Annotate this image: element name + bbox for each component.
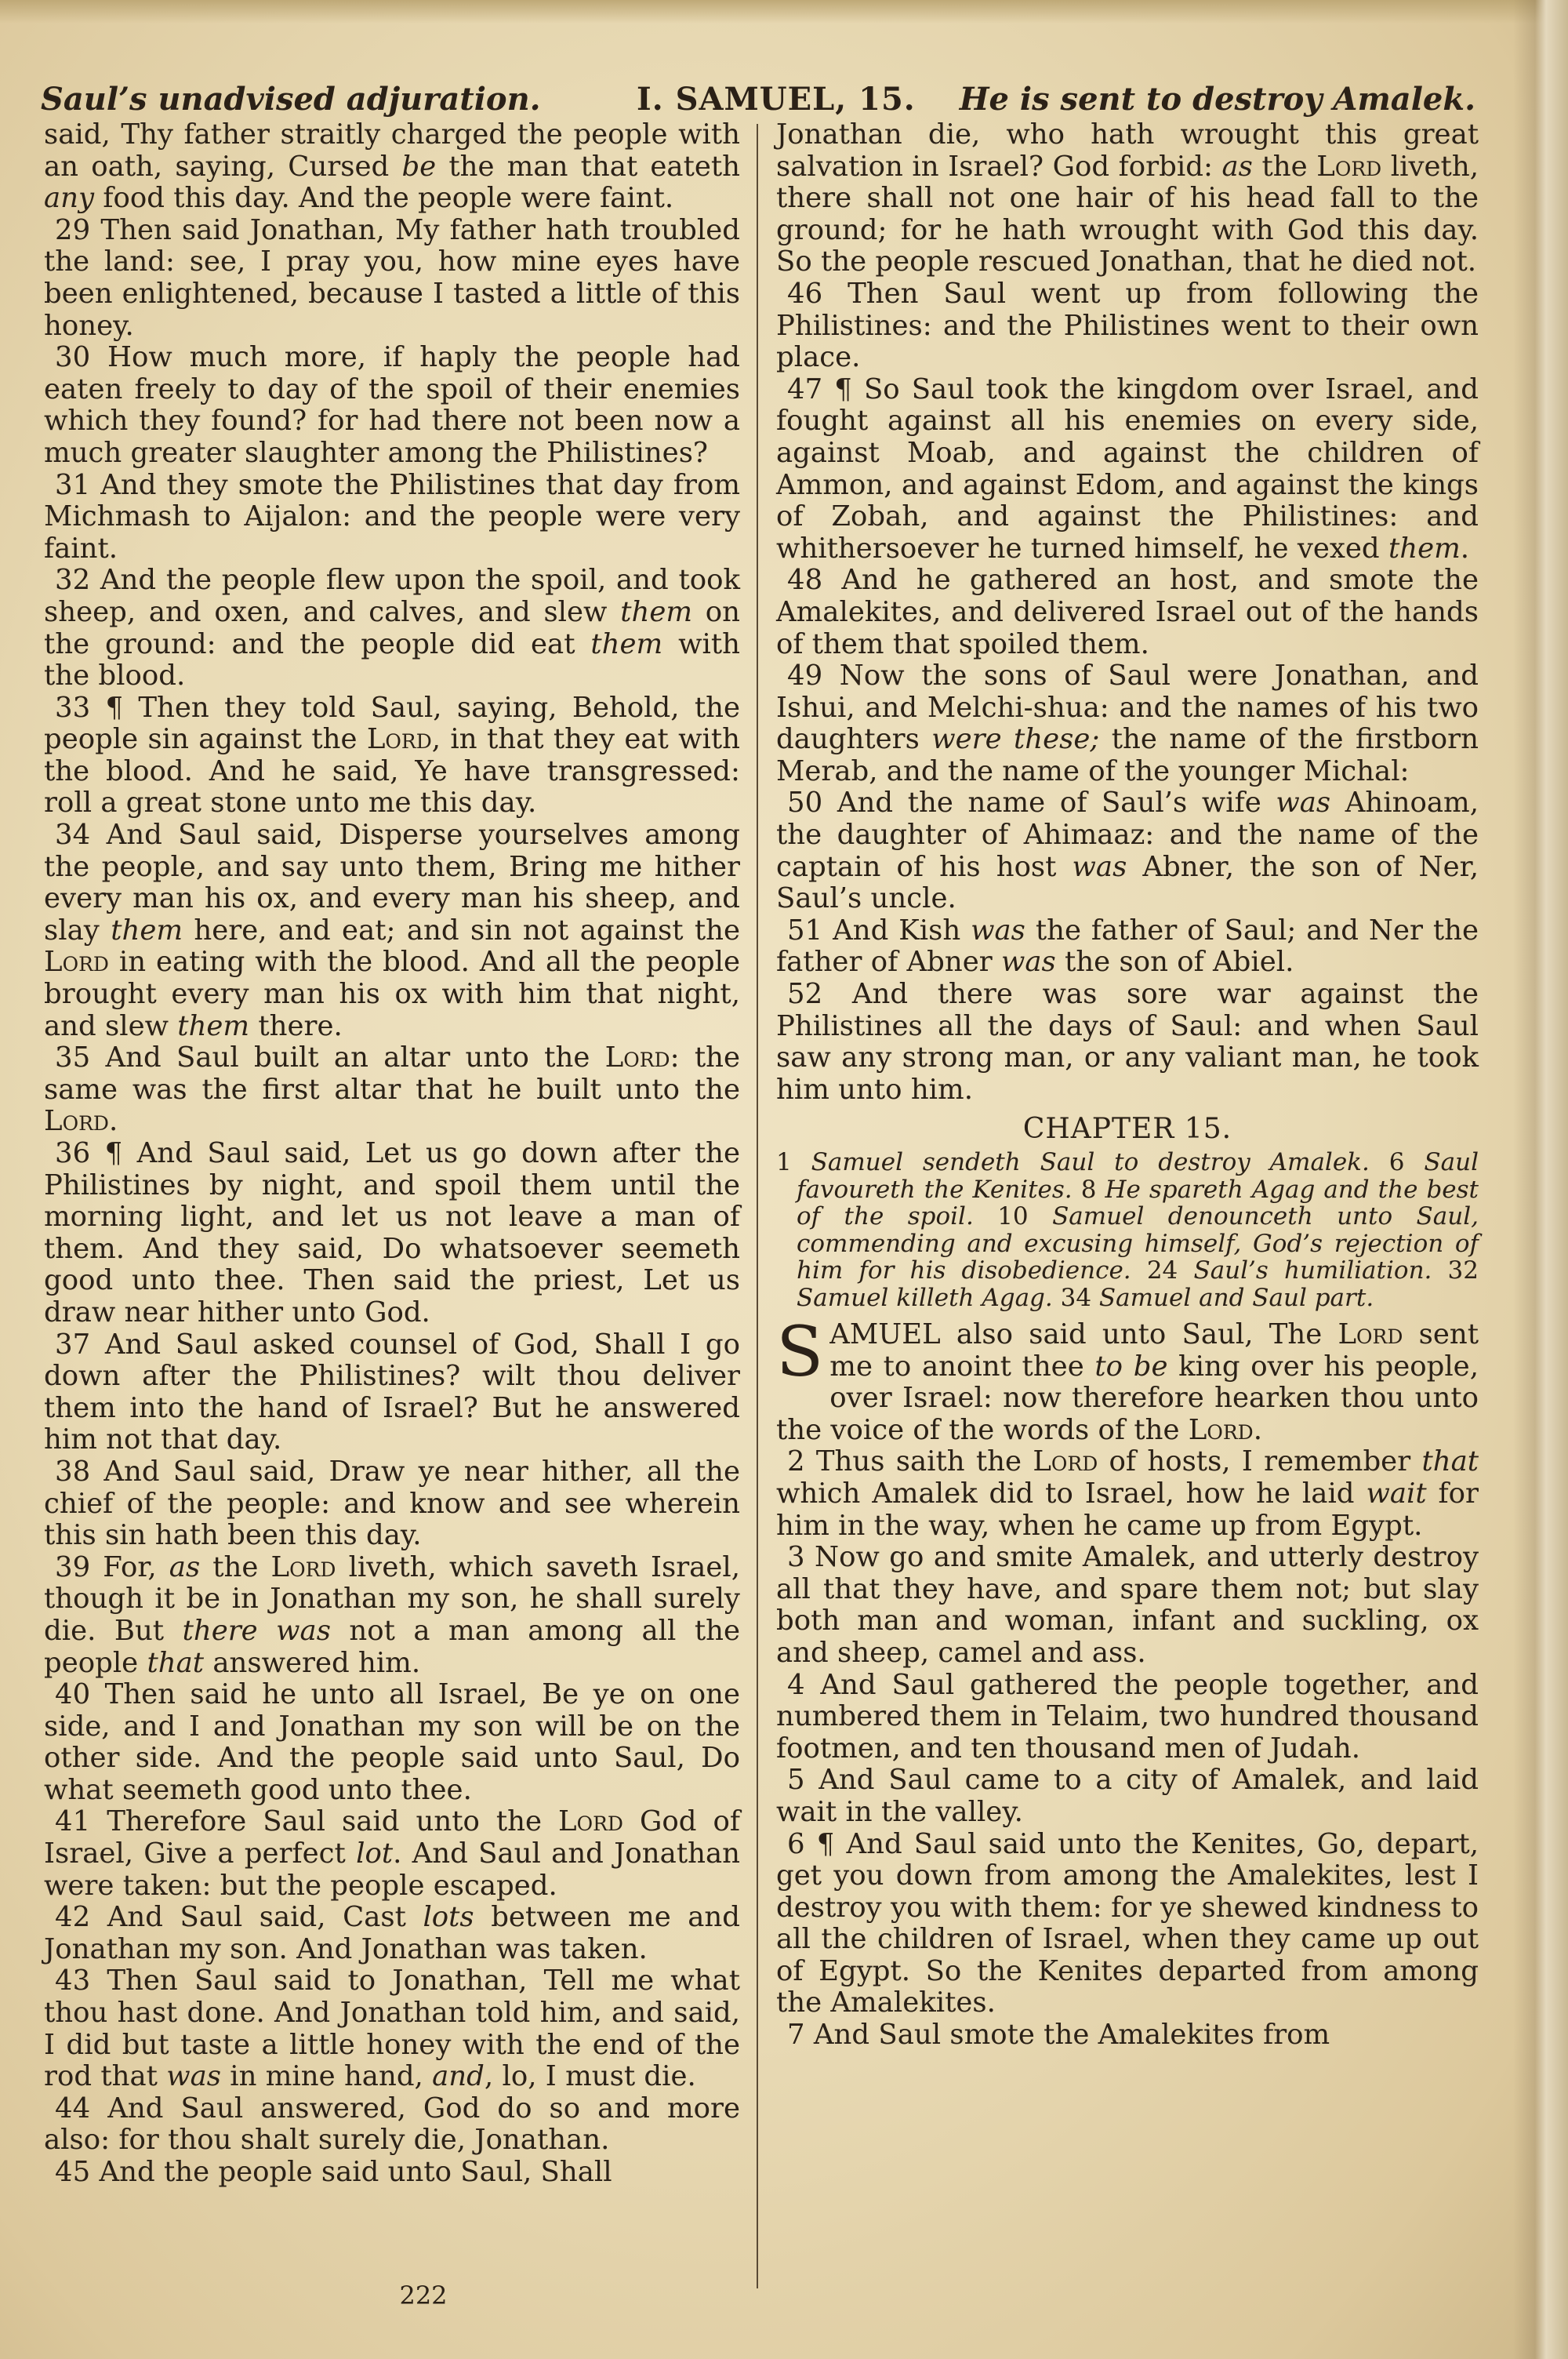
column-divider [757,124,758,2288]
verse: 30 How much more, if haply the people ha… [44,342,740,469]
summary-verse-ref: 8 [1073,1176,1105,1204]
verse: 51 And Kish was the father of Saul; and … [776,915,1479,979]
italic-supplied-word: was [166,2060,221,2092]
verse: 7 And Saul smote the Amalekites from [776,2019,1479,2052]
verse: 2 Thus saith the Lord of hosts, I rememb… [776,1446,1479,1542]
verse-text: Then said Jonathan, My father hath troub… [44,214,740,342]
verse: 4 And Saul gathered the people together,… [776,1670,1479,1765]
italic-supplied-word: lot [356,1837,393,1870]
verse: 40 Then said he unto all Israel, Be ye o… [44,1679,740,1806]
verse-number: 39 [55,1551,103,1583]
verse-number: 37 [55,1329,105,1361]
verse: 32 And the people flew upon the spoil, a… [44,565,740,692]
page-top-shadow [0,0,1568,24]
verse: 38 And Saul said, Draw ye near hither, a… [44,1456,740,1552]
verse: 49 Now the sons of Saul were Jonathan, a… [776,660,1479,787]
verse-text: And Saul gathered the people together, a… [776,1669,1479,1765]
verse: 5 And Saul came to a city of Amalek, and… [776,1765,1479,1828]
summary-verse-ref: 34 [1053,1284,1099,1312]
verse-text: the [1253,151,1316,183]
verse-number: 4 [787,1669,820,1701]
verse: 45 And the people said unto Saul, Shall [44,2157,740,2189]
italic-supplied-word: that [1421,1445,1479,1478]
verse-text: in eating with the blood. And all the pe… [44,946,740,1041]
verse-number: 43 [55,1965,107,1997]
verse-text: How much more, if haply the people had e… [44,341,740,469]
verse-text: there. [249,1010,343,1042]
verse: 37 And Saul asked counsel of God, Shall … [44,1329,740,1456]
verse-number: 42 [55,1901,107,1933]
verse: 46 Then Saul went up from following the … [776,278,1479,374]
summary-text: Samuel and Saul part. [1099,1284,1374,1312]
verse: 50 And the name of Saul’s wife was Ahino… [776,787,1479,914]
italic-supplied-word: was [1073,851,1127,883]
italic-supplied-word: them [177,1010,249,1042]
verse-text: And the name of Saul’s wife [837,787,1276,819]
verse-text: And the people said unto Saul, Shall [99,2156,612,2188]
verse-text: And Kish [833,914,971,947]
verse-text: . [109,1105,118,1137]
italic-supplied-word: wait [1366,1478,1426,1510]
italic-supplied-word: be [401,151,436,183]
italic-supplied-word: was [971,914,1025,947]
small-caps-lord: Lord [367,723,432,755]
verse-number: 31 [55,469,100,501]
small-caps-lord: Lord [1338,1318,1403,1350]
verse-text: And he gathered an host, and smote the A… [776,564,1479,660]
verse: 52 And there was sore war against the Ph… [776,979,1479,1106]
italic-supplied-word: were these; [931,723,1099,755]
verse-text: Thus saith the [816,1445,1033,1478]
verse-text: Then said he unto all Israel, Be ye on o… [44,1678,740,1806]
chapter-opening-verse: SAMUEL also said unto Saul, The Lord sen… [776,1319,1479,1446]
verse: 29 Then said Jonathan, My father hath tr… [44,215,740,342]
verse-number: 32 [55,564,100,596]
verse-text: the man that eateth [436,151,740,183]
verse-text: And Saul said unto the Kenites, Go, depa… [776,1828,1479,2019]
italic-supplied-word: and [432,2060,485,2092]
verse-text: the [200,1551,270,1583]
small-caps-lord: Lord [1033,1445,1098,1478]
small-caps-lord: Lord [1316,151,1381,183]
verse-number: 6 [787,1828,817,1860]
summary-verse-ref: 1 [776,1148,811,1176]
italic-supplied-word: as [169,1551,200,1583]
verse-text: Now go and smite Amalek, and utterly des… [776,1541,1479,1669]
verse-text: food this day. And the people were faint… [94,182,673,214]
verse-text: . [1461,533,1469,565]
verse: 43 Then Saul said to Jonathan, Tell me w… [44,1965,740,2092]
verse: 47 ¶ So Saul took the kingdom over Israe… [776,374,1479,565]
verse-number: 35 [55,1041,106,1074]
verse-number: 38 [55,1456,103,1488]
verse: said, Thy father straitly charged the pe… [44,119,740,215]
italic-supplied-word: any [44,182,94,214]
verse: 34 And Saul said, Disperse yourselves am… [44,820,740,1042]
verse: 6 ¶ And Saul said unto the Kenites, Go, … [776,1829,1479,2020]
page-edge [1513,0,1568,2359]
verse-number: 52 [787,978,852,1010]
page-number: 222 [376,2281,470,2310]
verse-number: 7 [787,2019,814,2051]
verse-number: 50 [787,787,837,819]
italic-supplied-word: them [590,628,662,660]
verse-text: So Saul took the kingdom over Israel, an… [776,373,1479,565]
verse: 39 For, as the Lord liveth, which saveth… [44,1552,740,1679]
verse-number: 44 [55,2092,107,2125]
italic-supplied-word: there was [183,1615,331,1647]
verse-number: 30 [55,341,107,373]
verse-text: And Saul smote the Amalekites from [814,2019,1330,2051]
chapter-heading: CHAPTER 15. [776,1114,1479,1146]
verse-number: 49 [787,660,840,692]
chapter-14-verses-continued: Jonathan die, who hath wrought this grea… [776,119,1479,1106]
verse-text: And Saul came to a city of Amalek, and l… [776,1764,1479,1828]
small-caps-lord: Lord [44,1105,109,1137]
verse-text: AMUEL also said unto Saul, The [829,1318,1338,1350]
summary-verse-ref: 24 [1131,1256,1194,1285]
verse-number: 5 [787,1764,818,1796]
italic-supplied-word: to be [1094,1350,1167,1383]
summary-verse-ref: 6 [1370,1148,1425,1176]
verse-text: And there was sore war against the Phili… [776,978,1479,1106]
pilcrow-icon: ¶ [834,373,864,405]
verse-number: 2 [787,1445,816,1478]
italic-supplied-word: was [1276,787,1330,819]
verse-number: 48 [787,564,841,596]
verse-number: 47 [787,373,834,405]
verse-text: in mine hand, [221,2060,432,2092]
verse-text: answered him. [204,1647,420,1679]
verse: 33 ¶ Then they told Saul, saying, Behold… [44,692,740,820]
small-caps-lord: Lord [44,946,109,978]
summary-text: Saul’s humiliation. [1193,1256,1432,1285]
verse-text: Then Saul went up from following the Phi… [776,278,1479,373]
italic-supplied-word: them [620,596,692,628]
verse: 44 And Saul answered, God do so and more… [44,2093,740,2157]
small-caps-lord: Lord [558,1805,623,1837]
verse: 3 Now go and smite Amalek, and utterly d… [776,1542,1479,1669]
verse-text: And Saul said, Let us go down after the … [44,1137,740,1329]
bible-page: Saul’s unadvised adjuration. I. SAMUEL, … [0,0,1568,2359]
drop-cap: S [776,1322,823,1385]
chapter-15-verses: 2 Thus saith the Lord of hosts, I rememb… [776,1446,1479,2051]
italic-supplied-word: that [147,1647,204,1679]
verse-text: And Saul asked counsel of God, Shall I g… [44,1329,740,1456]
verse-text: For, [103,1551,169,1583]
verse-text: And Saul said, Cast [107,1901,423,1933]
verse-number: 41 [55,1805,107,1837]
verse-number: 51 [787,914,833,947]
verse: 35 And Saul built an altar unto the Lord… [44,1042,740,1138]
italic-supplied-word: as [1222,151,1253,183]
chapter-summary: 1 Samuel sendeth Saul to destroy Amalek.… [776,1149,1479,1311]
small-caps-lord: Lord [271,1551,336,1583]
verse-text: the son of Abiel. [1056,946,1294,978]
verse-number: 40 [55,1678,105,1710]
pilcrow-icon: ¶ [105,1137,137,1169]
verse-number: 33 [55,692,105,724]
verse-text: of hosts, I remember [1098,1445,1421,1478]
right-column: Jonathan die, who hath wrought this grea… [776,119,1479,2052]
summary-text: Samuel killeth Agag. [797,1284,1053,1312]
small-caps-lord: Lord [1189,1414,1254,1446]
italic-supplied-word: was [1001,946,1056,978]
verse-text: And they smote the Philistines that day … [44,469,740,565]
verse: 31 And they smote the Philistines that d… [44,470,740,565]
italic-supplied-word: them [111,914,183,947]
italic-supplied-word: lots [423,1901,474,1933]
pilcrow-icon: ¶ [817,1828,847,1860]
summary-text: Samuel sendeth Saul to destroy Amalek. [811,1148,1370,1176]
left-column: said, Thy father straitly charged the pe… [44,119,740,2189]
verse-number: 36 [55,1137,105,1169]
verse: 41 Therefore Saul said unto the Lord God… [44,1806,740,1902]
verse-number: 45 [55,2156,99,2188]
verse-text: And Saul answered, God do so and more al… [44,2092,740,2157]
verse-text: which Amalek did to Israel, how he laid [776,1478,1366,1510]
verse-number: 46 [787,278,848,310]
pilcrow-icon: ¶ [105,692,138,724]
verse-text: And Saul built an altar unto the [106,1041,605,1074]
small-caps-lord: Lord [605,1041,670,1074]
verse: Jonathan die, who hath wrought this grea… [776,119,1479,278]
opening-text: AMUEL also said unto Saul, The Lord sent… [776,1318,1479,1446]
verse-text: Therefore Saul said unto the [107,1805,558,1837]
summary-verse-ref: 10 [974,1202,1052,1230]
verse-number: 3 [787,1541,815,1573]
verse-number: 29 [55,214,100,246]
verse-text: . [1254,1414,1262,1446]
verse-number: 34 [55,819,107,851]
verse: 48 And he gathered an host, and smote th… [776,565,1479,660]
verse: 42 And Saul said, Cast lots between me a… [44,1902,740,1965]
verse-text: here, and eat; and sin not against the [183,914,740,947]
verse-text: , lo, I must die. [485,2060,696,2092]
verse-text: And Saul said, Draw ye near hither, all … [44,1456,740,1551]
verse: 36 ¶ And Saul said, Let us go down after… [44,1138,740,1329]
italic-supplied-word: them [1388,533,1461,565]
summary-verse-ref: 32 [1432,1256,1479,1285]
